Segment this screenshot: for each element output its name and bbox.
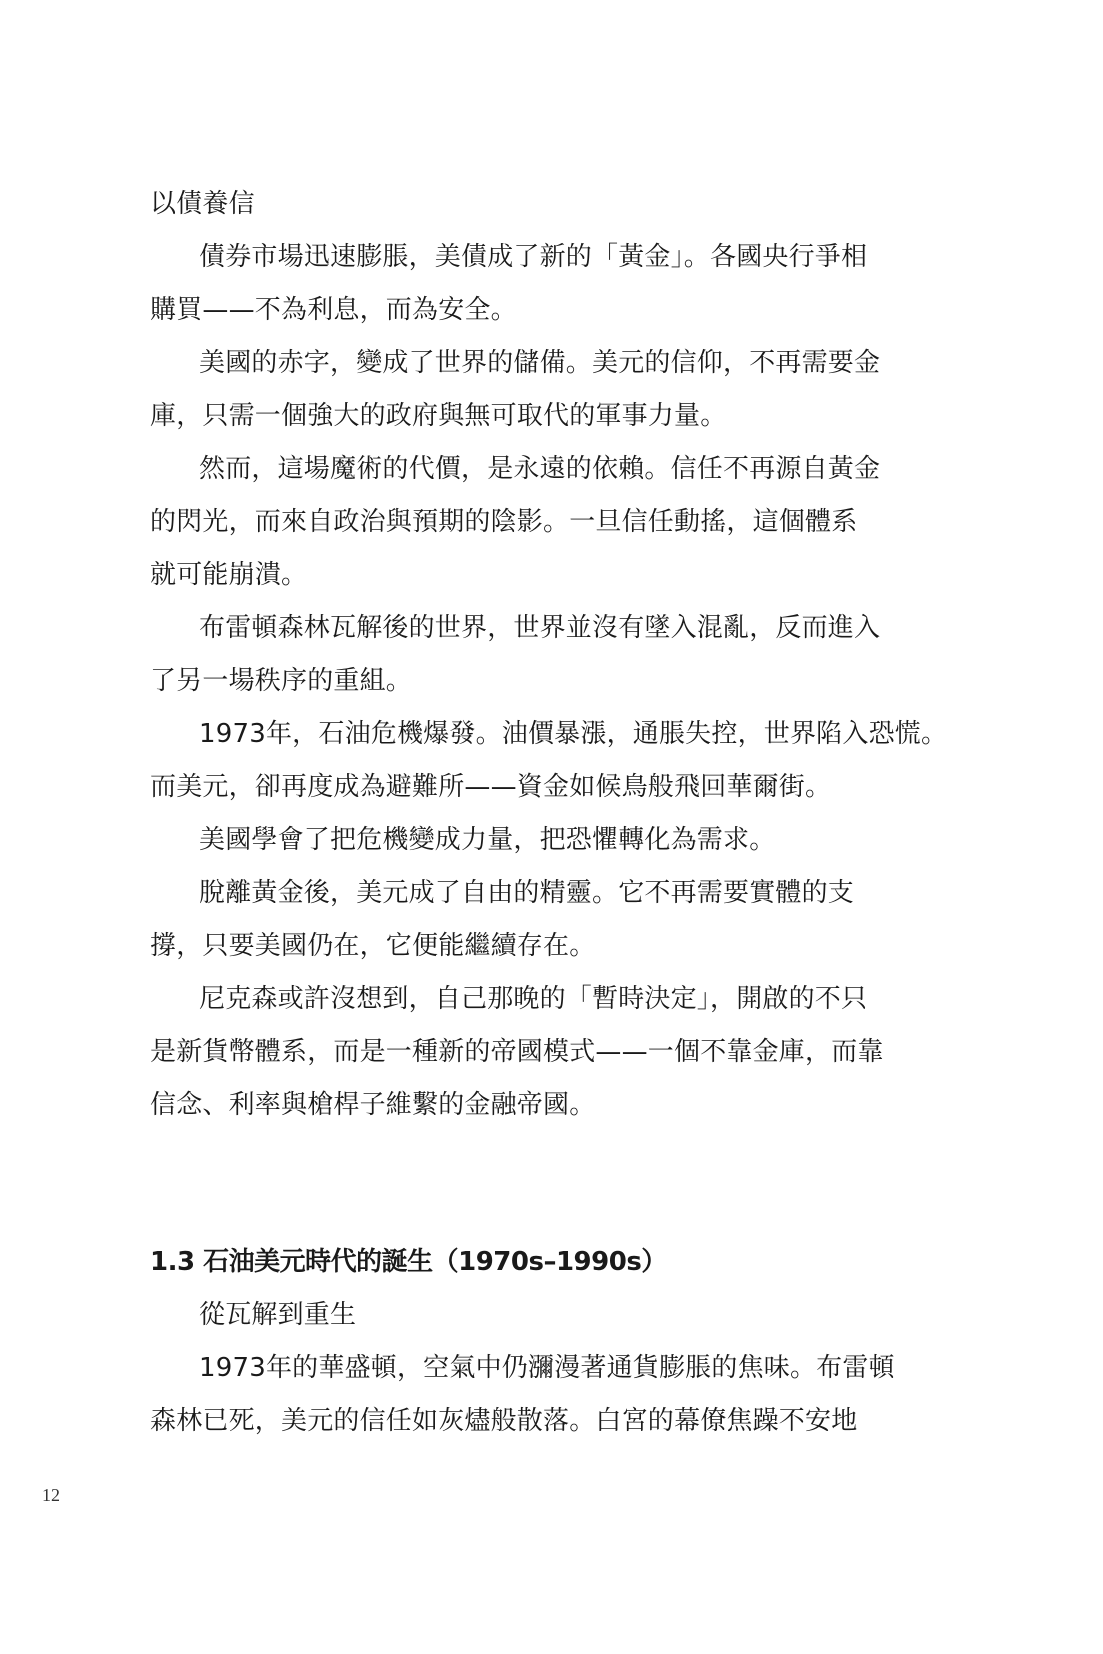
paragraph: 美國學會了把危機變成力量，把恐懼轉化為需求。 — [150, 814, 900, 867]
paragraph-line: 了另一場秩序的重組。 — [150, 655, 900, 708]
paragraph-line: 美國的赤字，變成了世界的儲備。美元的信仰，不再需要金 — [150, 337, 900, 390]
paragraph-line: 而美元，卻再度成為避難所——資金如候鳥般飛回華爾街。 — [150, 761, 900, 814]
paragraph-line: 信念、利率與槍桿子維繫的金融帝國。 — [150, 1079, 900, 1132]
paragraph-line: 脫離黃金後，美元成了自由的精靈。它不再需要實體的支 — [150, 867, 900, 920]
subheading-debt-sustains-credit: 以債養信 — [150, 178, 900, 231]
paragraph: 脫離黃金後，美元成了自由的精靈。它不再需要實體的支 撐，只要美國仍在，它便能繼續… — [150, 867, 900, 973]
paragraph: 1973年，石油危機爆發。油價暴漲，通脹失控，世界陷入恐慌。 而美元，卻再度成為… — [150, 708, 900, 814]
paragraph-line: 森林已死，美元的信任如灰燼般散落。白宮的幕僚焦躁不安地 — [150, 1395, 900, 1448]
paragraph-line: 尼克森或許沒想到，自己那晚的「暫時決定」，開啟的不只 — [150, 973, 900, 1026]
paragraph-line: 庫，只需一個強大的政府與無可取代的軍事力量。 — [150, 390, 900, 443]
paragraph: 然而，這場魔術的代價，是永遠的依賴。信任不再源自黃金 的閃光，而來自政治與預期的… — [150, 443, 900, 602]
paragraph-line: 布雷頓森林瓦解後的世界，世界並沒有墜入混亂，反而進入 — [150, 602, 900, 655]
paragraph-line: 是新貨幣體系，而是一種新的帝國模式——一個不靠金庫，而靠 — [150, 1026, 900, 1079]
section-heading: 1.3 石油美元時代的誕生（1970s–1990s） — [150, 1236, 900, 1289]
paragraph-line: 購買——不為利息，而為安全。 — [150, 284, 900, 337]
paragraph-line: 的閃光，而來自政治與預期的陰影。一旦信任動搖，這個體系 — [150, 496, 900, 549]
paragraph-line: 1973年的華盛頓，空氣中仍瀰漫著通貨膨脹的焦味。布雷頓 — [150, 1342, 900, 1395]
paragraph-line: 就可能崩潰。 — [150, 549, 900, 602]
paragraph-line: 1973年，石油危機爆發。油價暴漲，通脹失控，世界陷入恐慌。 — [150, 708, 900, 761]
paragraph: 債券市場迅速膨脹，美債成了新的「黃金」。各國央行爭相 購買——不為利息，而為安全… — [150, 231, 900, 337]
paragraph-line: 美國學會了把危機變成力量，把恐懼轉化為需求。 — [150, 814, 900, 867]
paragraph-line: 撐，只要美國仍在，它便能繼續存在。 — [150, 920, 900, 973]
paragraph-line: 然而，這場魔術的代價，是永遠的依賴。信任不再源自黃金 — [150, 443, 900, 496]
section-spacer — [150, 1132, 900, 1236]
paragraph: 1973年的華盛頓，空氣中仍瀰漫著通貨膨脹的焦味。布雷頓 森林已死，美元的信任如… — [150, 1342, 900, 1448]
paragraph: 布雷頓森林瓦解後的世界，世界並沒有墜入混亂，反而進入 了另一場秩序的重組。 — [150, 602, 900, 708]
paragraph: 尼克森或許沒想到，自己那晚的「暫時決定」，開啟的不只 是新貨幣體系，而是一種新的… — [150, 973, 900, 1132]
paragraph: 美國的赤字，變成了世界的儲備。美元的信仰，不再需要金 庫，只需一個強大的政府與無… — [150, 337, 900, 443]
page-number: 12 — [42, 1485, 60, 1506]
paragraph-line: 債券市場迅速膨脹，美債成了新的「黃金」。各國央行爭相 — [150, 231, 900, 284]
page-body: 以債養信 債券市場迅速膨脹，美債成了新的「黃金」。各國央行爭相 購買——不為利息… — [150, 178, 900, 1448]
subheading-from-collapse-to-rebirth: 從瓦解到重生 — [150, 1289, 900, 1342]
